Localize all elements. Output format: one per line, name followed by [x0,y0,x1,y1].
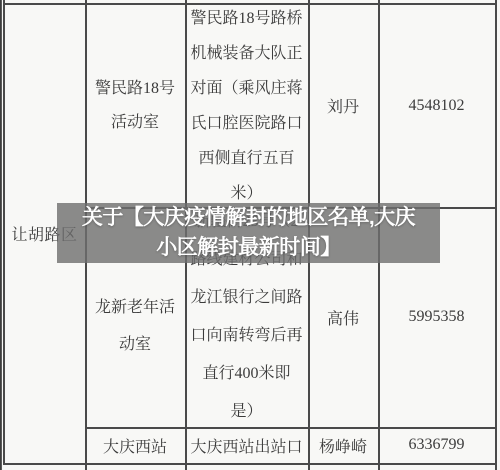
address-line: 直行400米即 [202,355,290,393]
caption-line-1: 关于【大庆疫情解封的地区名单,大庆 [82,203,415,233]
address-line: 口向南转弯后再 [190,317,302,355]
contact-name: 高伟 [327,306,359,329]
address-line: 机械装备大队正 [190,36,302,71]
address-line: 对面（乘风庄蒋 [190,71,302,106]
caption-overlay: 关于【大庆疫情解封的地区名单,大庆 小区解封最新时间】 [57,203,440,263]
contact-name-cell-row1: 刘丹 [310,4,376,207]
contact-name-cell-row3: 杨峥崎 [310,428,376,462]
address-cell-row3: 大庆西站出站口 [187,428,306,462]
address-line: 西侧直行五百 [198,141,294,176]
address-line: 龙江银行之间路 [190,279,302,317]
site-name-line: 活动室 [111,106,159,140]
table-border-row-bottom [3,463,496,465]
address-line: 警民路18号路桥 [190,1,302,36]
page-scan-edge [0,0,2,470]
table-border-right [495,0,497,470]
site-name-line: 大庆西站 [103,434,167,457]
site-cell-row1: 警民路18号 活动室 [87,4,183,207]
caption-line-2: 小区解封最新时间】 [156,233,341,263]
address-line: 大庆西站出站口 [190,434,302,457]
address-line: 是） [230,393,262,431]
phone-number: 6336799 [409,436,465,454]
address-cell-row1: 警民路18号路桥 机械装备大队正 对面（乘风庄蒋 氏口腔医院路口 西侧直行五百 … [187,4,306,207]
site-name-line: 龙新老年活 [95,289,175,326]
site-name-line: 警民路18号 [95,72,175,106]
phone-cell-row3: 6336799 [380,428,493,462]
site-cell-row3: 大庆西站 [87,428,183,462]
site-name-line: 动室 [119,326,151,363]
address-line: 氏口腔医院路口 [190,106,302,141]
phone-number: 4548102 [409,97,465,115]
phone-cell-row1: 4548102 [380,4,493,207]
contact-name: 刘丹 [327,94,359,117]
contact-name: 杨峥崎 [319,434,367,457]
phone-number: 5995358 [409,308,465,326]
scanned-table-page: 让胡路区 警民路18号 活动室 警民路18号路桥 机械装备大队正 对面（乘风庄蒋… [0,0,500,470]
